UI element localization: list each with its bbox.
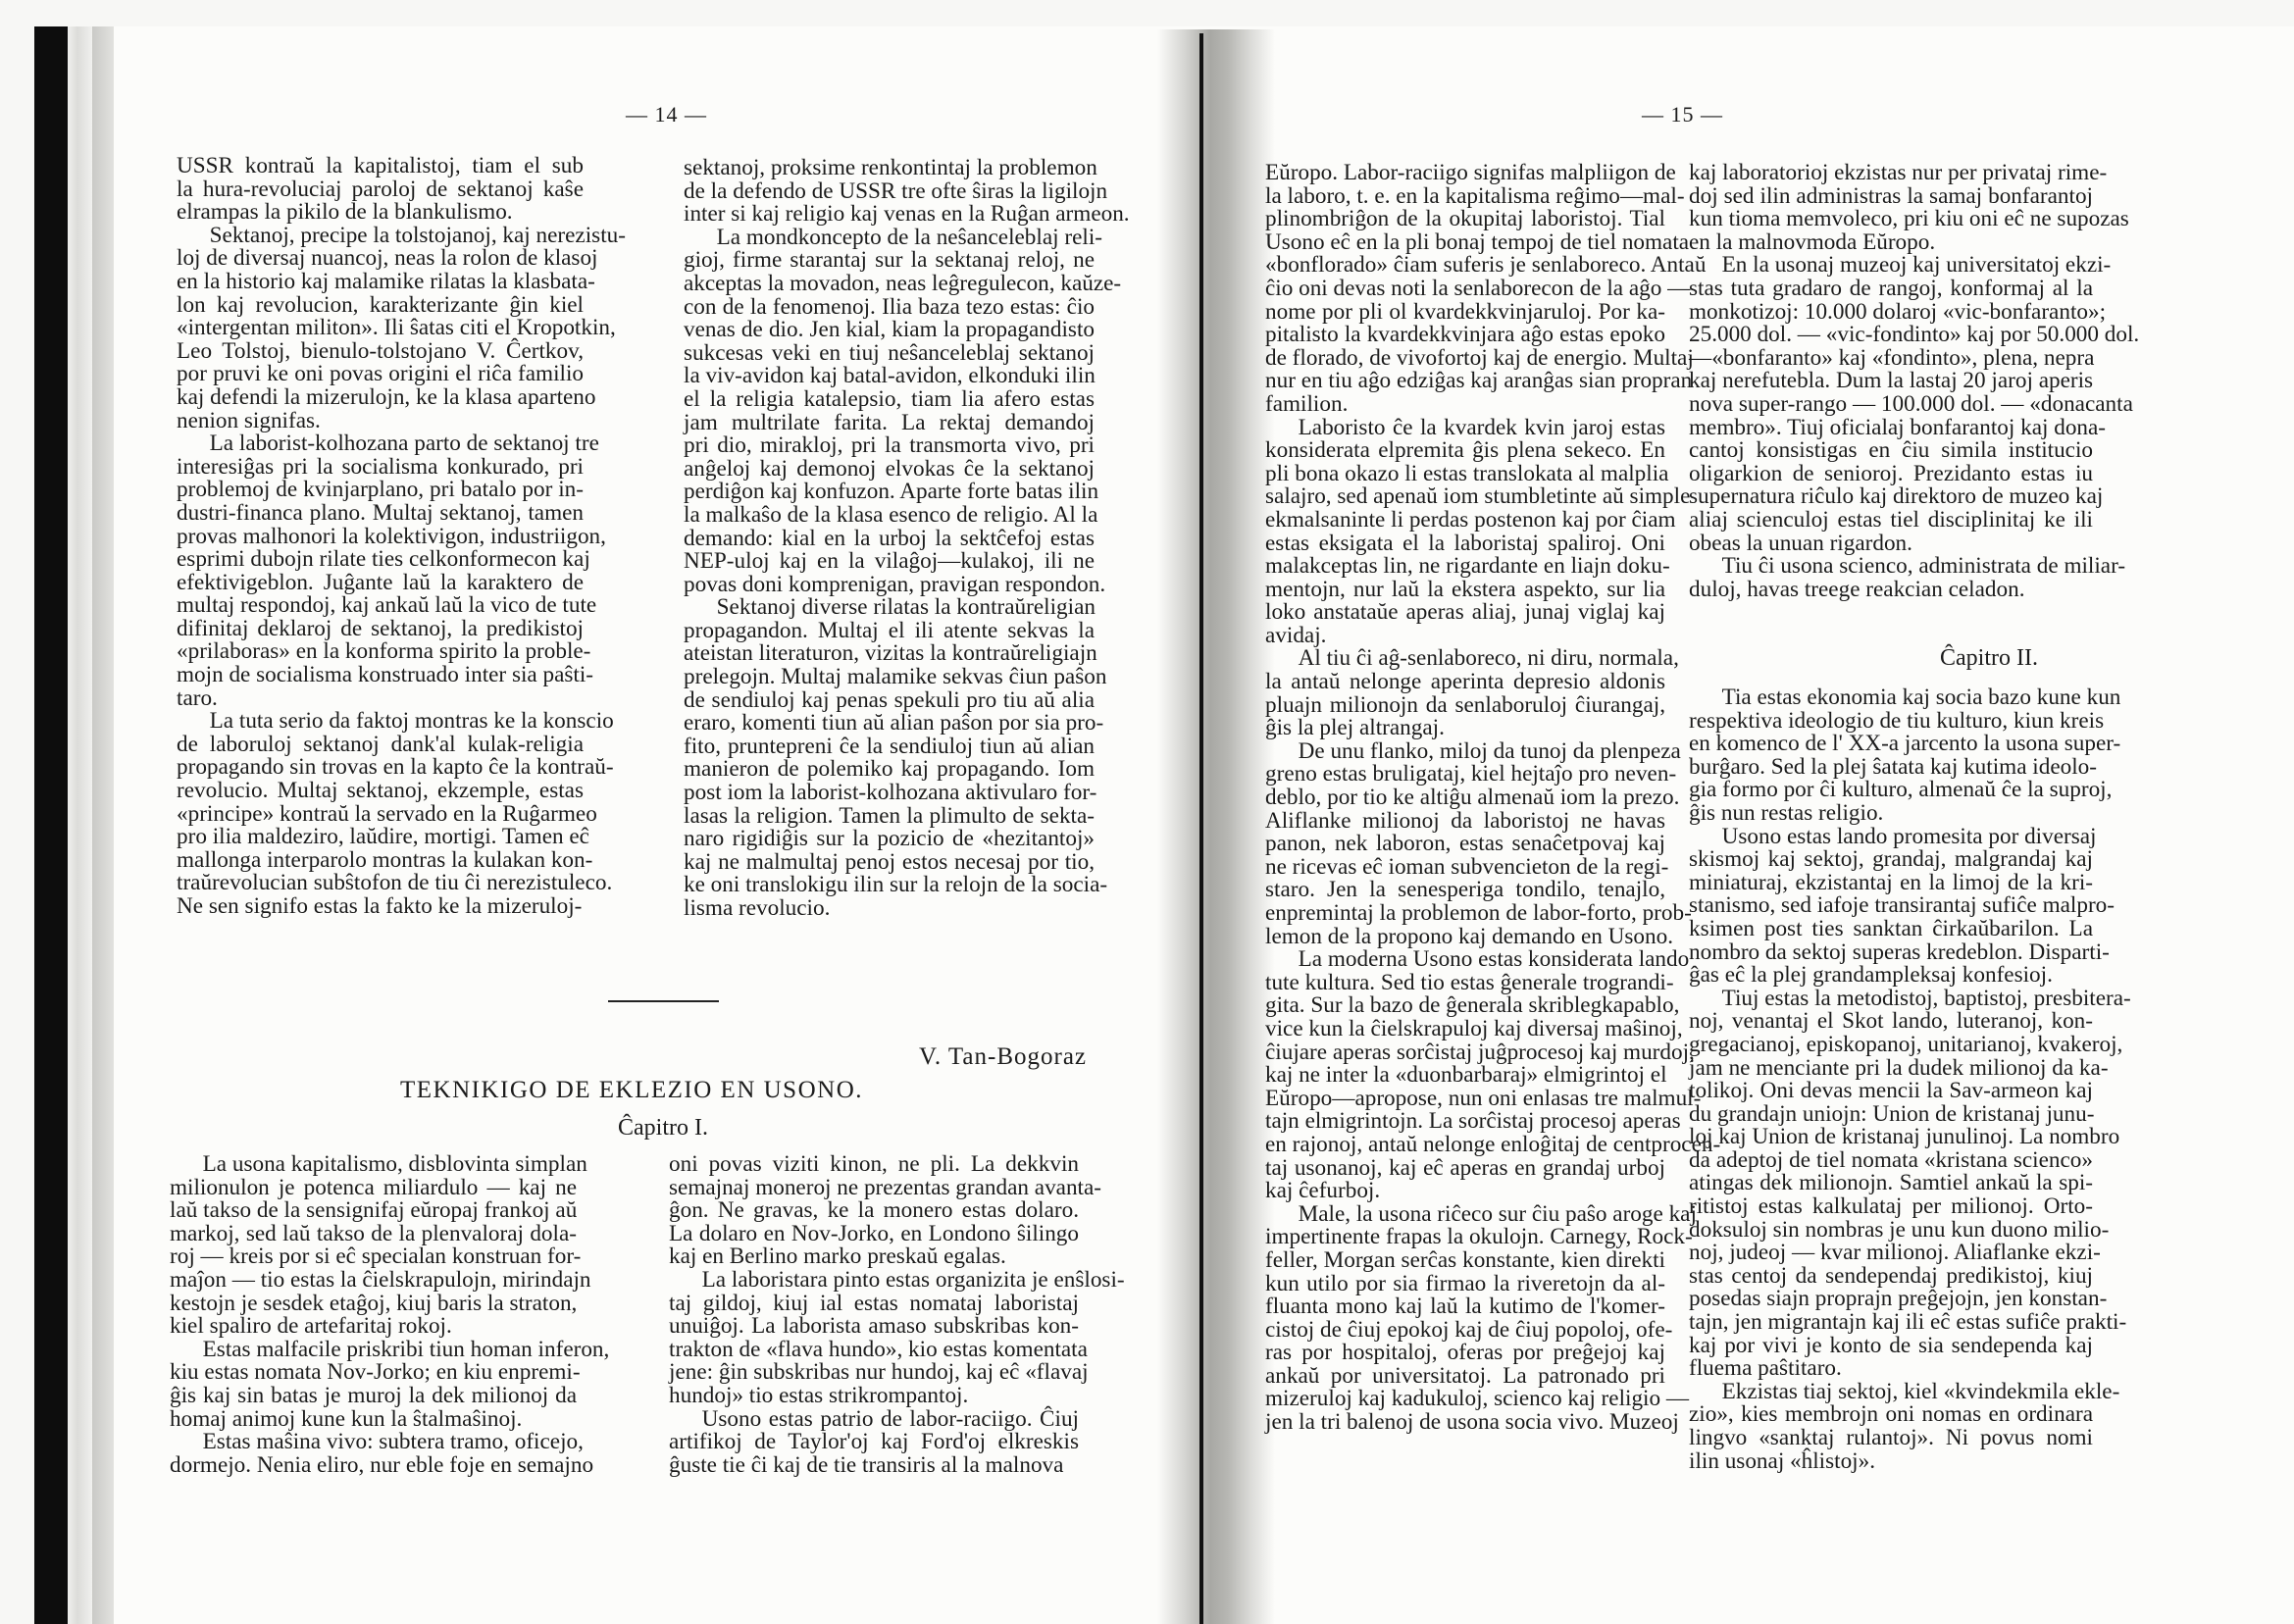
text-line: la viv-avidon kaj batal-avidon, elkonduk…: [684, 365, 1095, 388]
text-line: Eŭropo. Labor-raciigo signifas malpliigo…: [1265, 162, 1665, 185]
text-line: tolikoj. Oni devas mencii la Sav-armeon …: [1689, 1080, 2093, 1103]
text-line: kiu estas nomata Nov-Jorko; en kiu enpre…: [170, 1361, 577, 1385]
text-line: taj usonanoj, kaj eĉ aperas en grandaj u…: [1265, 1157, 1665, 1181]
text-line: homaj animoj kune kun la ŝtalmaŝinoj.: [170, 1408, 577, 1432]
text-line: ĝon. Ne gravas, ke la monero estas dolar…: [669, 1199, 1079, 1223]
text-line: La laborist-kolhozana parto de sektanoj …: [177, 432, 584, 456]
text-line: pitalisto la kvardekkvinjara aĝo estas e…: [1265, 324, 1665, 347]
text-line: ras por hospitaloj, oferas por preĝejoj …: [1265, 1342, 1665, 1365]
text-line: La usona kapitalismo, disblovinta simpla…: [170, 1153, 577, 1177]
text-line: unuiĝoj. La laborista amaso subskribas k…: [669, 1315, 1079, 1339]
text-line: ateistan literaturon, vizitas la kontraŭ…: [684, 642, 1095, 666]
book-binding-edge-shadow: [92, 26, 114, 1624]
text-line: feller, Morgan serĉas konstante, kien di…: [1265, 1249, 1665, 1273]
text-line: ĝis la plej altrangaj.: [1265, 717, 1665, 740]
text-line: akceptas la movadon, neas leĝregulecon, …: [684, 273, 1095, 296]
text-line: «principe» kontraŭ la servado en la Ruĝa…: [177, 803, 584, 827]
paragraph: Tiuj estas la metodistoj, baptistoj, pre…: [1689, 988, 2093, 1381]
text-line: venas de dio. Jen kial, kiam la propagan…: [684, 319, 1095, 342]
text-line: de laboruloj sektanoj dank'al kulak-reli…: [177, 734, 584, 757]
text-line: «bonflorado» ĉiam suferis je senlaboreco…: [1265, 254, 1665, 278]
text-line: du grandajn uniojn: Union de kristanaj j…: [1689, 1103, 2093, 1127]
text-line: naro rigidiĝis sur la pozicio de «hezita…: [684, 828, 1095, 851]
text-line: stanismo, sed iafoje transirantaj sufiĉe…: [1689, 894, 2093, 918]
text-line: problemoj de kvinjarplano, pri batalo po…: [177, 479, 584, 502]
text-line: cantoj konsistigas en ĉiu simila institu…: [1689, 439, 2093, 463]
right-page-column-1: Eŭropo. Labor-raciigo signifas malpliigo…: [1265, 162, 1665, 1435]
paragraph: sektanoj, proksime renkontintaj la probl…: [684, 157, 1095, 227]
text-line: Tiuj estas la metodistoj, baptistoj, pre…: [1689, 988, 2093, 1011]
text-line: nur en tiu aĝo edziĝas kaj aranĝas sian …: [1265, 370, 1665, 393]
text-line: «intergentan militon». Ili ŝatas citi el…: [177, 317, 584, 340]
text-line: La moderna Usono estas konsiderata lando: [1265, 948, 1665, 972]
text-line: laŭ takso de la sensignifaj eŭropaj fran…: [170, 1199, 577, 1223]
text-line: mojn de socialisma konstruado inter sia …: [177, 664, 584, 687]
text-line: pro ilia maldeziro, laŭdire, mortigi. Ta…: [177, 826, 584, 849]
text-line: Usono eĉ en la pli bonaj tempoj de tiel …: [1265, 231, 1665, 255]
text-line: jen la tri balenoj de usona socia vivo. …: [1265, 1411, 1665, 1435]
text-line: posedas siajn proprajn preĝejojn, jen ko…: [1689, 1288, 2093, 1311]
text-line: ankaŭ por universitatoj. La patronado pr…: [1265, 1365, 1665, 1389]
text-line: perdiĝon kaj konfuzon. Aparte forte bata…: [684, 481, 1095, 504]
text-line: miniaturaj, ekzistantaj en la limoj de l…: [1689, 872, 2093, 895]
text-line: monkotizoj: 10.000 dolaroj «vic-bonfaran…: [1689, 301, 2093, 325]
paragraph: Estas maŝina vivo: subtera tramo, oficej…: [170, 1431, 577, 1477]
paragraph: kaj laboratorioj ekzistas nur per privat…: [1689, 162, 2093, 254]
text-line: pri dio, mirakloj, pri la transmorta viv…: [684, 434, 1095, 458]
text-line: familion.: [1265, 393, 1665, 417]
text-line: ĝuste tie ĉi kaj de tie transiris al la …: [669, 1454, 1079, 1478]
text-line: Ekzistas tiaj sektoj, kiel «kvindekmila …: [1689, 1381, 2093, 1404]
text-line: zio», kies membrojn oni nomas en ordinar…: [1689, 1403, 2093, 1427]
text-line: jene: ĝin subskribas nur hundoj, kaj eĉ …: [669, 1361, 1079, 1385]
text-line: esprimi dubojn rilate ties celkonformeco…: [177, 548, 584, 572]
text-line: aliaj scienculoj estas tiel disciplinita…: [1689, 509, 2093, 533]
text-line: nenion signifas.: [177, 410, 584, 433]
text-line: Sektanoj, precipe la tolstojanoj, kaj ne…: [177, 225, 584, 248]
text-line: mallonga interparolo montras la kulakan …: [177, 849, 584, 873]
text-line: stas centoj da sendependaj predikistoj, …: [1689, 1265, 2093, 1289]
text-line: trakton de «flava hundo», kio estas kome…: [669, 1339, 1079, 1362]
text-line: efektivigeblon. Juĝante laŭ la karaktero…: [177, 572, 584, 595]
text-line: Laboristo ĉe la kvardek kvin jaroj estas: [1265, 417, 1665, 440]
page-gutter-line: [1199, 33, 1203, 1624]
text-line: dustri-financa plano. Multaj sektanoj, t…: [177, 502, 584, 526]
text-line: revolucio. Multaj sektanoj, ekzemple, es…: [177, 780, 584, 803]
text-line: tajn elmigrintojn. La sorĉistaj procesoj…: [1265, 1110, 1665, 1134]
text-line: supernatura riĉulo kaj direktoro de muze…: [1689, 485, 2093, 509]
page-gutter-shadow: [1157, 29, 1275, 1624]
text-line: lemon de la propono kaj demando en Usono…: [1265, 926, 1665, 949]
paragraph: Eŭropo. Labor-raciigo signifas malpliigo…: [1265, 162, 1665, 417]
text-line: doksuloj sin nombras je unu kun duono mi…: [1689, 1219, 2093, 1243]
text-line: —«bonfaranto» kaj «fondinto», plena, nep…: [1689, 347, 2093, 371]
text-line: duloj, havas treege reakcian celadon.: [1689, 579, 2093, 602]
text-line: loj kaj Union de kristanaj junulinoj. La…: [1689, 1126, 2093, 1149]
paragraph: Usono estas lando promesita por diversaj…: [1689, 826, 2093, 988]
paragraph: La moderna Usono estas konsiderata lando…: [1265, 948, 1665, 1203]
text-line: enpremintaj la problemon de labor-forto,…: [1265, 902, 1665, 926]
text-line: oni povas viziti kinon, ne pli. La dekkv…: [669, 1153, 1079, 1177]
text-line: Usono estas patrio de labor-raciigo. Ĉiu…: [669, 1408, 1079, 1432]
text-line: konsiderata elpremita ĝis plena sekeco. …: [1265, 439, 1665, 463]
text-line: gregacianoj, episkopanoj, unitarianoj, k…: [1689, 1034, 2093, 1057]
text-line: fito, pruntepreni ĉe la sendiuloj tiun a…: [684, 736, 1095, 759]
text-line: 25.000 dol. — «vic-fondinto» kaj por 50.…: [1689, 324, 2093, 347]
text-line: jam ne menciante pri la dudek milionoj d…: [1689, 1057, 2093, 1081]
text-line: malakceptas lin, ne rigardante en liajn …: [1265, 555, 1665, 579]
text-line: ksimen post ties sanktan ĉirkaŭbarilon. …: [1689, 918, 2093, 941]
text-line: taro.: [177, 687, 584, 711]
paragraph: Laboristo ĉe la kvardek kvin jaroj estas…: [1265, 417, 1665, 648]
text-line: mentojn, nur laŭ la ekstera aspekto, sur…: [1265, 579, 1665, 602]
text-line: Estas maŝina vivo: subtera tramo, oficej…: [170, 1431, 577, 1454]
text-line: salajro, sed apenaŭ iom stumbletinte aŭ …: [1265, 485, 1665, 509]
text-line: ĝis nun restas religio.: [1689, 802, 2093, 826]
text-line: kaj nerefutebla. Dum la lastaj 20 jaroj …: [1689, 370, 2093, 393]
text-line: da adeptoj de tiel nomata «kristana scie…: [1689, 1149, 2093, 1173]
text-line: kaj ne inter la «duonbarbaraj» elmigrint…: [1265, 1064, 1665, 1088]
text-line: noj, judeoj — kvar milionoj. Aliaflanke …: [1689, 1242, 2093, 1265]
text-line: la malkaŝo de la klasa esenco de religio…: [684, 504, 1095, 528]
text-line: ĉio oni devas noti la senlaborecon de la…: [1265, 278, 1665, 301]
text-line: pli bona okazo li estas translokata al m…: [1265, 463, 1665, 486]
right-page-column-2-continued: Tia estas ekonomia kaj socia bazo kune k…: [1689, 686, 2093, 1473]
text-line: avidaj.: [1265, 625, 1665, 648]
text-line: markoj, sed laŭ takso de la plenvaloraj …: [170, 1223, 577, 1246]
text-line: en rajonoj, antaŭ nelonge enloĝitaj de c…: [1265, 1134, 1665, 1157]
text-line: dormejo. Nenia eliro, nur eble foje en s…: [170, 1454, 577, 1478]
text-line: gioj, firme starantaj sur la sektanaj re…: [684, 249, 1095, 273]
article-title: TEKNIKIGO DE EKLEZIO EN USONO.: [400, 1077, 863, 1104]
text-line: eraro, komenti tiun aŭ alian paŝon por s…: [684, 712, 1095, 736]
text-line: en la malnovmoda Eŭropo.: [1689, 231, 2093, 255]
text-line: panon, nek laboron, estas senaĉetpovaj k…: [1265, 833, 1665, 856]
paragraph: La mondkoncepto de la neŝanceleblaj reli…: [684, 227, 1095, 597]
text-line: kaj en Berlino marko preskaŭ egalas.: [669, 1245, 1079, 1269]
page-number-left: — 14 —: [626, 102, 707, 127]
text-line: Eŭropo—apropose, nun oni enlasas tre mal…: [1265, 1088, 1665, 1111]
text-line: NEP-uloj kaj en la vilaĝoj—kulakoj, ili …: [684, 550, 1095, 574]
text-line: el la religia katalepsio, tiam lia afero…: [684, 388, 1095, 412]
text-line: Sektanoj diverse rilatas la kontraŭrelig…: [684, 596, 1095, 620]
text-line: gia formo por ĉi kulturo, almenaŭ ĉe la …: [1689, 779, 2093, 802]
text-line: elrampas la pikilo de la blankulismo.: [177, 201, 584, 225]
text-line: vice kun la ĉielskrapuloj kaj diversaj m…: [1265, 1018, 1665, 1041]
text-line: Tia estas ekonomia kaj socia bazo kune k…: [1689, 686, 2093, 710]
chapter-heading-2: Ĉapitro II.: [1940, 645, 2038, 672]
text-line: lingvo «sanktaj rulantoj». Ni povus nomi: [1689, 1427, 2093, 1450]
text-line: lasas la religion. Tamen la plimulto de …: [684, 805, 1095, 829]
text-line: kaj ne malmultaj penoj estos necesaj por…: [684, 851, 1095, 875]
text-line: en komenco de l' XX-a jarcento la usona …: [1689, 733, 2093, 756]
text-line: plinombriĝon de la okupitaj laboristoj. …: [1265, 208, 1665, 231]
text-line: kun utilo por sia firmao la riveretojn d…: [1265, 1273, 1665, 1296]
text-line: difinitaj deklaroj de sektanoj, la predi…: [177, 618, 584, 641]
text-line: nome por pli ol kvardekkvinjaruloj. Por …: [1265, 301, 1665, 325]
text-line: por pruvi ke oni povas origini el riĉa f…: [177, 363, 584, 386]
right-page-column-2: kaj laboratorioj ekzistas nur per privat…: [1689, 162, 2093, 601]
paragraph: La usona kapitalismo, disblovinta simpla…: [170, 1153, 577, 1339]
text-line: «prilaboras» en la konforma spirito la p…: [177, 640, 584, 664]
text-line: La laboristara pinto estas organizita je…: [669, 1269, 1079, 1293]
left-page-column-3: La usona kapitalismo, disblovinta simpla…: [170, 1153, 577, 1477]
text-line: de la defendo de USSR tre ofte ŝiras la …: [684, 180, 1095, 204]
text-line: kaj ĉefurboj.: [1265, 1180, 1665, 1203]
text-line: lon kaj revolucion, karakterizante ĝin k…: [177, 294, 584, 318]
text-line: impertinente frapas la okulojn. Carnegy,…: [1265, 1226, 1665, 1249]
text-line: Ne sen signifo estas la fakto ke la mize…: [177, 895, 584, 919]
text-line: fluanta mono kaj laŭ la kutimo de l'kome…: [1265, 1295, 1665, 1319]
text-line: noj, venantaj el Skot lando, luteranoj, …: [1689, 1010, 2093, 1034]
text-line: atingas dek milionojn. Samtiel ankaŭ la …: [1689, 1172, 2093, 1195]
text-line: La tuta serio da faktoj montras ke la ko…: [177, 710, 584, 734]
text-line: gita. Sur la bazo de ĝenerala skriblegka…: [1265, 994, 1665, 1018]
text-line: obeas la unuan rigardon.: [1689, 533, 2093, 556]
text-line: jam multrilate farita. La rektaj demando…: [684, 412, 1095, 435]
text-line: semajnaj moneroj ne prezentas grandan av…: [669, 1177, 1079, 1200]
text-line: con de la fenomenoj. Ilia baza tezo esta…: [684, 296, 1095, 320]
text-line: milionulon je potenca miliardulo — kaj n…: [170, 1177, 577, 1200]
text-line: interesiĝas pri la socialisma konkurado,…: [177, 456, 584, 480]
text-line: kaj laboratorioj ekzistas nur per privat…: [1689, 162, 2093, 185]
text-line: kaj por vivi je konto de sia sendependa …: [1689, 1335, 2093, 1358]
text-line: nova super-rango — 100.000 dol. — «donac…: [1689, 393, 2093, 417]
text-line: ĝis kaj sin batas je muroj la dek milion…: [170, 1385, 577, 1408]
text-line: kaj defendi la mizerulojn, ke la klasa a…: [177, 386, 584, 410]
text-line: membro». Tiuj oficialaj bonfarantoj kaj …: [1689, 417, 2093, 440]
paragraph: Tiu ĉi usona scienco, administrata de mi…: [1689, 555, 2093, 601]
text-line: loj de diversaj nuancoj, neas la rolon d…: [177, 247, 584, 271]
text-line: ne ricevas eĉ ioman subvencieton de la r…: [1265, 856, 1665, 880]
text-line: sukcesas veki en tiuj neŝanceleblaj sekt…: [684, 342, 1095, 366]
paragraph: Ekzistas tiaj sektoj, kiel «kvindekmila …: [1689, 1381, 2093, 1473]
text-line: greno estas bruligataj, kiel hejtaĵo pro…: [1265, 763, 1665, 787]
text-line: nombro da sektoj superas kredeblon. Disp…: [1689, 941, 2093, 965]
section-divider-rule: [608, 1000, 719, 1002]
text-line: la antaŭ nelonge aperinta depresio aldon…: [1265, 671, 1665, 694]
text-line: doj sed ilin administras la samaj bonfar…: [1689, 185, 2093, 209]
text-line: Tiu ĉi usona scienco, administrata de mi…: [1689, 555, 2093, 579]
text-line: lisma revolucio.: [684, 897, 1095, 921]
text-line: roj — kreis por si eĉ specialan konstrua…: [170, 1245, 577, 1269]
paragraph: Sektanoj diverse rilatas la kontraŭrelig…: [684, 596, 1095, 920]
text-line: de sendiuloj kaj penas spekuli pro tiu a…: [684, 689, 1095, 713]
text-line: propagandon. Multaj el ili atente sekvas…: [684, 620, 1095, 643]
text-line: tute kultura. Sed tio estas ĝenerale tro…: [1265, 972, 1665, 995]
text-line: En la usonaj muzeoj kaj universitatoj ek…: [1689, 254, 2093, 278]
left-page-column-4: oni povas viziti kinon, ne pli. La dekkv…: [669, 1153, 1079, 1477]
text-line: hundoj» tio estas strikrompantoj.: [669, 1385, 1079, 1408]
text-line: anĝeloj kaj demonoj elvokas ĉe la sektan…: [684, 458, 1095, 482]
text-line: sektanoj, proksime renkontintaj la probl…: [684, 157, 1095, 180]
paragraph: En la usonaj muzeoj kaj universitatoj ek…: [1689, 254, 2093, 555]
text-line: Male, la usona riĉeco sur ĉiu paŝo aroge…: [1265, 1203, 1665, 1227]
text-line: Leo Tolstoj, bienulo-tolstojano V. Ĉertk…: [177, 340, 584, 364]
text-line: traŭrevolucian subŝtofon de tiu ĉi nerez…: [177, 872, 584, 895]
paragraph: De unu flanko, miloj da tunoj da plenpez…: [1265, 740, 1665, 948]
paragraph: Usono estas patrio de labor-raciigo. Ĉiu…: [669, 1408, 1079, 1478]
text-line: burĝaro. Sed la plej ŝatata kaj kutima i…: [1689, 756, 2093, 780]
text-line: De unu flanko, miloj da tunoj da plenpez…: [1265, 740, 1665, 764]
text-line: La mondkoncepto de la neŝanceleblaj reli…: [684, 227, 1095, 250]
text-line: ritistoj estas kalkulataj per milionoj. …: [1689, 1195, 2093, 1219]
text-line: staro. Jen la senesperiga tondilo, tenaj…: [1265, 879, 1665, 902]
text-line: ĉiujare aperas sorĉistaj juĝprocesoj kaj…: [1265, 1041, 1665, 1065]
text-line: mizeruloj kaj kadukuloj, scienco kaj rel…: [1265, 1388, 1665, 1411]
text-line: Usono estas lando promesita por diversaj: [1689, 826, 2093, 849]
paragraph: La laborist-kolhozana parto de sektanoj …: [177, 432, 584, 710]
text-line: demando: kial en la urboj la sektĉefoj e…: [684, 528, 1095, 551]
text-line: en la historio kaj malamike rilatas la k…: [177, 271, 584, 294]
text-line: povas doni komprenigan, pravigan respond…: [684, 574, 1095, 597]
text-line: ĝas eĉ la plej grandampleksaj konfesioj.: [1689, 964, 2093, 988]
text-line: Al tiu ĉi aĝ-senlaboreco, ni diru, norma…: [1265, 647, 1665, 671]
text-line: la hura-revoluciaj paroloj de sektanoj k…: [177, 178, 584, 202]
text-line: kiel spaliro de artefaritaj rokoj.: [170, 1315, 577, 1339]
paragraph: Al tiu ĉi aĝ-senlaboreco, ni diru, norma…: [1265, 647, 1665, 739]
text-line: inter si kaj religio kaj venas en la Ruĝ…: [684, 203, 1095, 227]
text-line: prelegojn. Multaj malamike sekvas ĉiun p…: [684, 666, 1095, 689]
text-line: La dolaro en Nov-Jorko, en Londono ŝilin…: [669, 1223, 1079, 1246]
text-line: respektiva ideologio de tiu kulturo, kiu…: [1689, 710, 2093, 734]
paragraph: La laboristara pinto estas organizita je…: [669, 1269, 1079, 1408]
text-line: oligarkion de senioroj. Prezidanto estas…: [1689, 463, 2093, 486]
text-line: provas malhonori la kolektivigon, indust…: [177, 526, 584, 549]
text-line: cistoj de ĉiuj epokoj kaj de ĉiuj popolo…: [1265, 1319, 1665, 1343]
text-line: kestojn je sesdek etaĝoj, kiuj baris la …: [170, 1293, 577, 1316]
paragraph: La tuta serio da faktoj montras ke la ko…: [177, 710, 584, 918]
text-line: tajn, jen migrantajn kaj ili eĉ estas su…: [1689, 1311, 2093, 1335]
text-line: artifikoj de Taylor'oj kaj Ford'oj elkre…: [669, 1431, 1079, 1454]
book-binding-edge-light: [68, 26, 94, 1624]
paragraph: oni povas viziti kinon, ne pli. La dekkv…: [669, 1153, 1079, 1269]
text-line: loko anstataŭe aperas aliaj, junaj vigla…: [1265, 601, 1665, 625]
text-line: fluema paŝtitaro.: [1689, 1357, 2093, 1381]
text-line: skismoj kaj sektoj, grandaj, malgrandaj …: [1689, 848, 2093, 872]
paragraph: Male, la usona riĉeco sur ĉiu paŝo aroge…: [1265, 1203, 1665, 1435]
text-line: stas tuta gradaro de rangoj, konformaj a…: [1689, 278, 2093, 301]
page-number-right: — 15 —: [1642, 102, 1723, 127]
text-line: manieron de polemiko kaj propagando. Iom: [684, 758, 1095, 782]
text-line: post iom la laborist-kolhozana aktivular…: [684, 782, 1095, 805]
paragraph: Sektanoj, precipe la tolstojanoj, kaj ne…: [177, 225, 584, 432]
text-line: ilin usonaj «ĥlistoj».: [1689, 1450, 2093, 1474]
text-line: estas eksigata el la laboristaj spaliroj…: [1265, 533, 1665, 556]
chapter-heading-1: Ĉapitro I.: [618, 1115, 708, 1142]
text-line: propagando sin trovas en la kapto ĉe la …: [177, 756, 584, 780]
text-line: taj gildoj, kiuj ial estas nomataj labor…: [669, 1293, 1079, 1316]
article-author: V. Tan-Bogoraz: [919, 1043, 1087, 1071]
text-line: de florado, de vivofortoj kaj de energio…: [1265, 347, 1665, 371]
book-binding-edge: [34, 26, 68, 1624]
text-line: Estas malfacile priskribi tiun homan inf…: [170, 1339, 577, 1362]
text-line: la laboro, t. e. en la kapitalisma reĝim…: [1265, 185, 1665, 209]
paragraph: Estas malfacile priskribi tiun homan inf…: [170, 1339, 577, 1431]
paragraph: Tia estas ekonomia kaj socia bazo kune k…: [1689, 686, 2093, 826]
text-line: pluajn milionojn da senlaboruloj ĉiurang…: [1265, 694, 1665, 718]
text-line: ke oni translokigu ilin sur la relojn de…: [684, 874, 1095, 897]
text-line: Aliflanke milionoj da laboristoj ne hava…: [1265, 810, 1665, 834]
text-line: maĵon — tio estas la ĉielskrapulojn, mir…: [170, 1269, 577, 1293]
text-line: USSR kontraŭ la kapitalistoj, tiam el su…: [177, 155, 584, 178]
paragraph: USSR kontraŭ la kapitalistoj, tiam el su…: [177, 155, 584, 225]
text-line: ekmalsaninte li perdas postenon kaj por …: [1265, 509, 1665, 533]
left-page-column-1: USSR kontraŭ la kapitalistoj, tiam el su…: [177, 155, 584, 919]
text-line: kun tioma memvoleco, pri kiu oni eĉ ne s…: [1689, 208, 2093, 231]
left-page-column-2: sektanoj, proksime renkontintaj la probl…: [684, 157, 1095, 921]
text-line: multaj respondoj, kaj ankaŭ laŭ la vico …: [177, 594, 584, 618]
text-line: deblo, por tio ke altiĝu almenaŭ iom la …: [1265, 787, 1665, 810]
